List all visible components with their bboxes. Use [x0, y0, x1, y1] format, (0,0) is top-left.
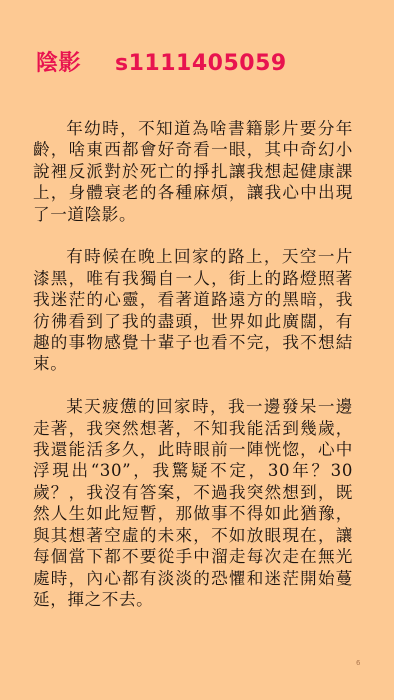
page-number: 6 — [356, 659, 360, 667]
paragraph-1: 年幼時，不知道為啥書籍影片要分年齡，啥東西都會好奇看一眼，其中奇幻小說裡反派對於… — [33, 118, 353, 225]
page-title: 陰影 s1111405059 — [36, 46, 287, 77]
paragraph-2: 有時候在晚上回家的路上，天空一片漆黑，唯有我獨自一人，街上的路燈照著我迷茫的心靈… — [33, 246, 353, 374]
essay-body: 年幼時，不知道為啥書籍影片要分年齡，啥東西都會好奇看一眼，其中奇幻小說裡反派對於… — [33, 118, 353, 632]
title-text: 陰影 — [36, 46, 81, 77]
student-id: s1111405059 — [115, 51, 287, 76]
paragraph-3: 某天疲憊的回家時，我一邊發呆一邊走著，我突然想著，不知我能活到幾歲，我還能活多久… — [33, 396, 353, 610]
